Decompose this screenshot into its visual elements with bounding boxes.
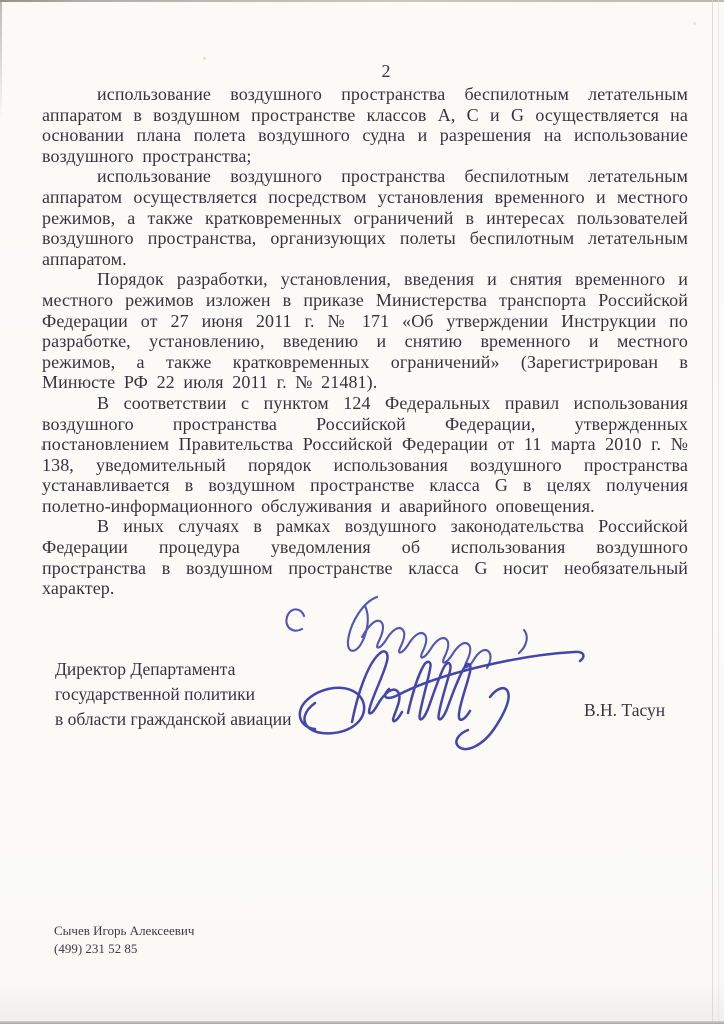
signer-position-line: в области гражданской авиации — [55, 707, 291, 732]
page-number: 2 — [63, 61, 709, 82]
scan-edge-left — [0, 0, 2, 120]
scan-edge-top — [0, 0, 724, 2]
signer-position: Директор Департамента государственной по… — [55, 657, 291, 732]
paragraph-class-g-optional: В иных случаях в рамках воздушного закон… — [42, 516, 688, 598]
contact-footer: Сычев Игорь Алексеевич (499) 231 52 85 — [54, 922, 194, 958]
paragraph-rule-124: В соответствии с пунктом 124 Федеральных… — [42, 393, 688, 517]
contact-phone: (499) 231 52 85 — [54, 940, 194, 958]
closing-phrase-ink — [286, 597, 526, 668]
document-body: использование воздушного пространства бе… — [42, 84, 688, 599]
signer-name: В.Н. Тасун — [584, 700, 665, 721]
scan-edge-right — [712, 0, 713, 1024]
paragraph-airspace-classes: использование воздушного пространства бе… — [42, 84, 688, 166]
signer-position-line: Директор Департамента — [55, 657, 291, 682]
paragraph-temporary-regimes: использование воздушного пространства бе… — [42, 166, 688, 269]
signature-ink — [300, 651, 584, 749]
scanned-letter-page: 2 использование воздушного пространства … — [0, 0, 724, 1024]
scan-speck — [693, 22, 696, 25]
signer-position-line: государственной политики — [55, 682, 291, 707]
scan-edge-right-outer — [718, 0, 719, 1024]
contact-name: Сычев Игорь Алексеевич — [54, 922, 194, 940]
scan-speck — [203, 57, 206, 60]
paragraph-order-171: Порядок разработки, установления, введен… — [42, 269, 688, 393]
